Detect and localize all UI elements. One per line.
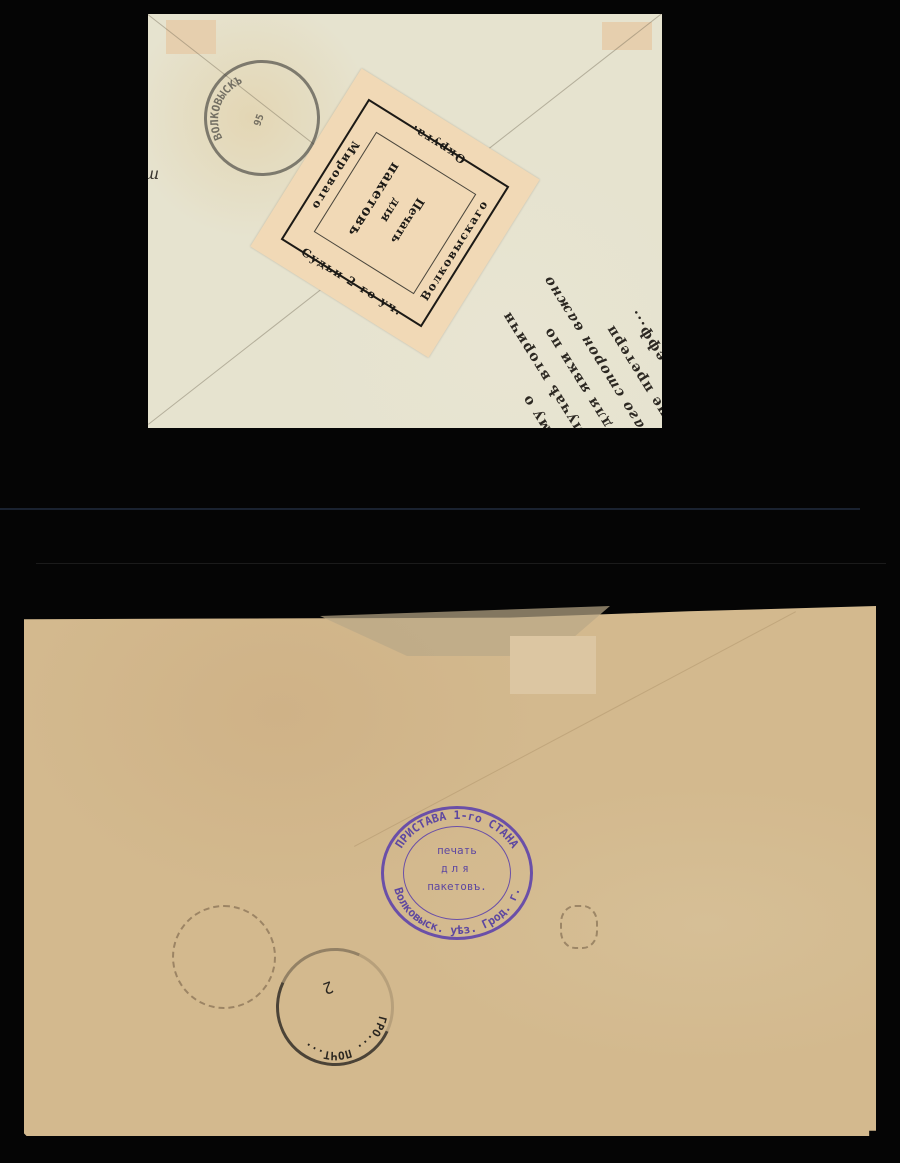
album-rule-line bbox=[36, 563, 886, 564]
envelope-seal-tab bbox=[510, 636, 596, 694]
handwriting-fragment: ш bbox=[148, 164, 159, 183]
svg-text:ВОЛКОВЫСКЪ: ВОЛКОВЫСКЪ bbox=[199, 68, 248, 145]
seal-center-line: печать bbox=[411, 842, 503, 860]
seal-center-line: пакетовъ. bbox=[411, 878, 503, 896]
faint-postmark bbox=[172, 905, 276, 1009]
faint-postmark bbox=[560, 905, 598, 949]
album-rule-line bbox=[0, 508, 860, 510]
seal-center-text: печать для пакетовъ. bbox=[411, 842, 503, 896]
violet-seal-stamp: ПРИСТАВА 1-го СТАНА Волковыск. уѣз. Грод… bbox=[381, 806, 533, 940]
seal-center-line: для bbox=[411, 860, 503, 878]
